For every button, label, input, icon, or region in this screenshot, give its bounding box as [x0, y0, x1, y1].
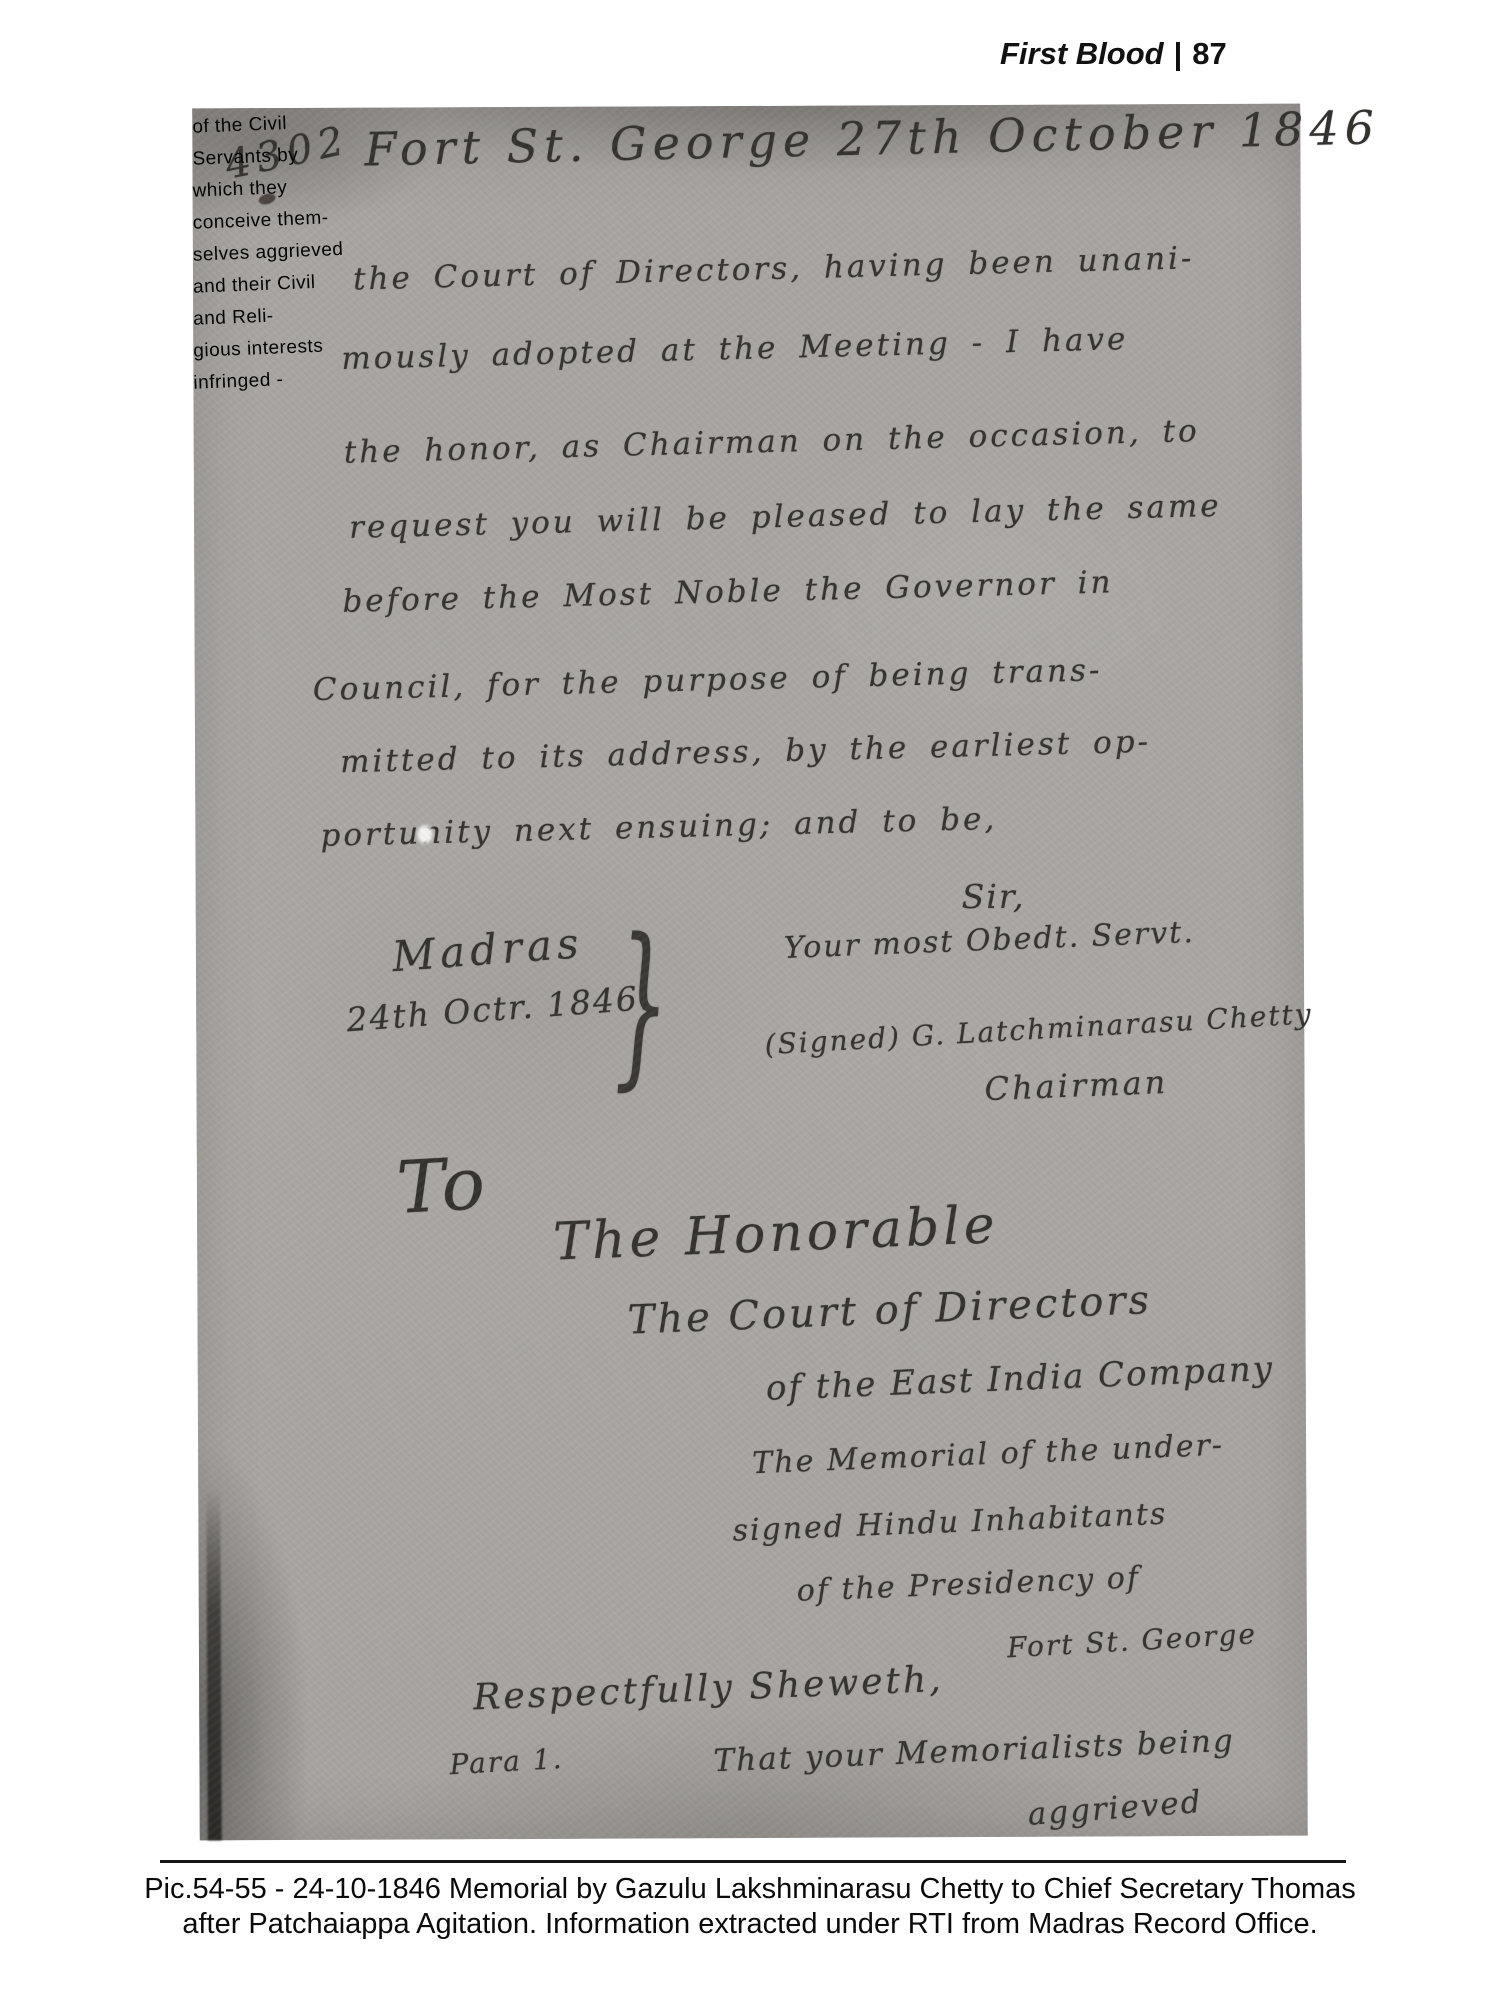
- addressee-line: of the East India Company: [765, 1349, 1274, 1409]
- date-line: 24th Octr. 1846.: [345, 978, 652, 1040]
- body-line: mously adopted at the Meeting - I have: [341, 321, 1129, 377]
- closing-line: Your most Obedt. Servt.: [783, 915, 1195, 966]
- book-title: First Blood: [1000, 36, 1164, 71]
- addressee-line: Fort St. George: [1006, 1617, 1258, 1664]
- scan-edge-shadow: [206, 1488, 222, 1840]
- salutation: Sir,: [962, 877, 1026, 916]
- addressee-line: The Memorial of the under-: [752, 1428, 1225, 1482]
- para-label: Para 1.: [449, 1742, 565, 1781]
- body-line: before the Most Noble the Governor in: [342, 564, 1114, 620]
- signature: (Signed) G. Latchminarasu Chetty: [764, 997, 1314, 1061]
- body-line: the Court of Directors, having been unan…: [353, 240, 1195, 297]
- body-line: the honor, as Chairman on the occasion, …: [343, 413, 1200, 471]
- sheweth-line: Respectfully Sheweth,: [473, 1659, 945, 1718]
- running-head: First Blood|87: [1000, 36, 1200, 72]
- body-line: request you will be pleased to lay the s…: [349, 488, 1222, 546]
- addressee-line: signed Hindu Inhabitants: [732, 1497, 1168, 1549]
- page-number: 87: [1192, 36, 1226, 71]
- caption-line-1: Pic.54-55 - 24-10-1846 Memorial by Gazul…: [100, 1872, 1400, 1907]
- body-line: mitted to its address, by the earliest o…: [340, 724, 1152, 781]
- caption-line-2: after Patchaiappa Agitation. Information…: [100, 1907, 1400, 1942]
- addressee-line: The Honorable: [552, 1195, 999, 1272]
- addressee-to: To: [395, 1141, 489, 1230]
- paper-speck: [417, 825, 432, 843]
- header-divider: |: [1174, 36, 1183, 71]
- document-scan: 4302 Fort St. George 27th October 1846 o…: [192, 104, 1308, 1841]
- addressee-line: The Court of Directors: [627, 1277, 1153, 1344]
- brace-glyph: }: [614, 902, 670, 1107]
- para-opening: That your Memorialists being: [713, 1723, 1235, 1779]
- photo-caption: Pic.54-55 - 24-10-1846 Memorial by Gazul…: [100, 1872, 1400, 1942]
- place-name: Madras: [390, 918, 585, 981]
- para-opening-cont: aggrieved: [1027, 1784, 1204, 1833]
- caption-rule: [160, 1860, 1346, 1863]
- addressee-line: of the Presidency of: [796, 1560, 1140, 1608]
- signature-title: Chairman: [984, 1063, 1169, 1108]
- body-line: Council, for the purpose of being trans-: [312, 652, 1102, 708]
- book-page: { "header": { "book_title": "First Blood…: [0, 0, 1500, 2000]
- dateline: Fort St. George 27th October 1846: [364, 100, 1381, 176]
